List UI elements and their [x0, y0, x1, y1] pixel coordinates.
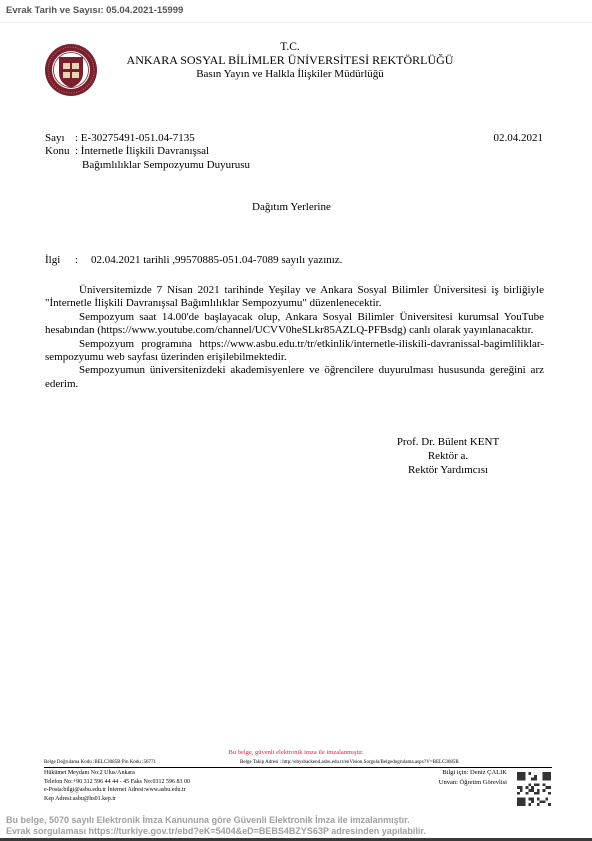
signatory-name: Prof. Dr. Bülent KENT [368, 435, 528, 449]
footer-address: Hükümet Meydanı No:2 Ulus/Ankara [44, 769, 190, 778]
letter-body: Üniversitemizde 7 Nisan 2021 tarihinde Y… [45, 284, 544, 391]
footer-info: Bilgi için: Deniz ÇALIK Unvan: Öğretim G… [395, 768, 507, 788]
body-paragraph: Sempozyumun üniversitenizdeki akademisye… [45, 364, 544, 391]
document-query-line: Evrak sorgulaması https://turkiye.gov.tr… [6, 826, 426, 837]
evrak-number: Evrak Tarih ve Sayısı: 05.04.2021-15999 [6, 5, 183, 16]
esign-law-line: Bu belge, 5070 sayılı Elektronik İmza Ka… [6, 815, 426, 826]
signatory-title: Rektör a. [368, 449, 528, 463]
verification-row: Belge Doğrulama Kodu :BELC3085B Pin Kodu… [44, 759, 552, 768]
signature-block: Prof. Dr. Bülent KENT Rektör a. Rektör Y… [368, 435, 528, 477]
body-paragraph: Üniversitemizde 7 Nisan 2021 tarihinde Y… [45, 284, 544, 311]
sayi-row: Sayı: E-30275491-051.04-7135 [45, 132, 195, 145]
verification-code: Belge Doğrulama Kodu :BELC3085B Pin Kodu… [44, 759, 156, 767]
document-date: 02.04.2021 [494, 132, 544, 144]
esign-note: Bu belge, güvenli elektronik imza ile im… [0, 749, 592, 756]
ilgi-label: İlgi [45, 254, 75, 266]
footer-phone: Telefon No:+90 312 596 44 44 - 45 Faks N… [44, 778, 190, 787]
university-seal-logo [44, 43, 98, 97]
header-university: ANKARA SOSYAL BİLİMLER ÜNİVERSİTESİ REKT… [110, 54, 470, 67]
footer-contact: Hükümet Meydanı No:2 Ulus/Ankara Telefon… [44, 769, 190, 804]
konu-row: Konu: İnternetle İlişkili Davranışsal [45, 145, 209, 158]
document-info-bar: Evrak Tarih ve Sayısı: 05.04.2021-15999 [0, 0, 592, 23]
qr-code-icon [516, 772, 552, 806]
sayi-label: Sayı [45, 132, 75, 145]
info-contact: Bilgi için: Deniz ÇALIK [395, 768, 507, 778]
body-paragraph: Sempozyum programına https://www.asbu.ed… [45, 338, 544, 365]
info-title: Unvan: Öğretim Görevlisi [395, 778, 507, 788]
esign-legal-note: Bu belge, 5070 sayılı Elektronik İmza Ka… [6, 815, 426, 837]
ilgi-value: 02.04.2021 tarihli ,99570885-051.04-7089… [91, 254, 342, 266]
sayi-value: : E-30275491-051.04-7135 [75, 132, 195, 144]
header-department: Basın Yayın ve Halkla İlişkiler Müdürlüğ… [110, 68, 470, 81]
tracking-address[interactable]: Belge Takip Adresi : http://ebysbackend.… [240, 759, 459, 767]
body-paragraph: Sempozyum saat 14.00'de başlayacak olup,… [45, 311, 544, 338]
konu-value: : İnternetle İlişkili Davranışsal [75, 145, 209, 157]
footer-email: e-Posta:bilgi@asbu.edu.tr İnternet Adres… [44, 786, 190, 795]
ilgi-colon: : [75, 254, 91, 266]
konu-label: Konu [45, 145, 75, 158]
ilgi-row: İlgi:02.04.2021 tarihli ,99570885-051.04… [45, 254, 342, 266]
footer-kep: Kep Adresi:asbu@hs01.kep.tr [44, 795, 190, 804]
signatory-position: Rektör Yardımcısı [368, 463, 528, 477]
konu-value-line2: Bağımlılıklar Sempozyumu Duyurusu [82, 159, 250, 171]
recipient: Dağıtım Yerlerine [252, 201, 331, 213]
